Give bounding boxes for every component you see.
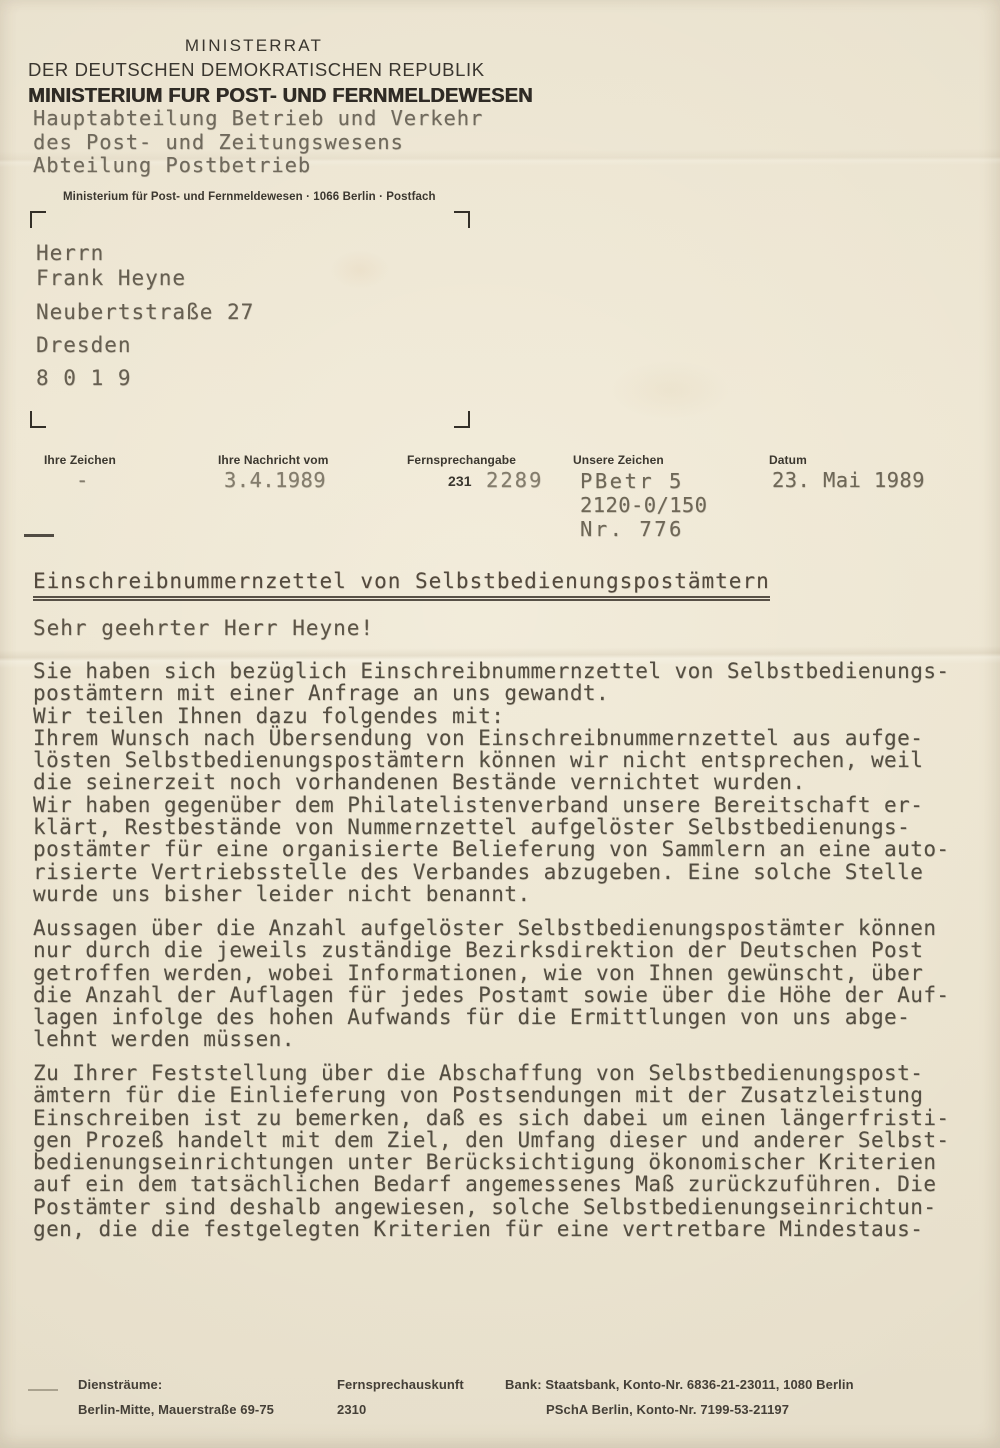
label-ihre-nachricht-vom: Ihre Nachricht vom (218, 453, 329, 467)
letterhead-org-line2: DER DEUTSCHEN DEMOKRATISCHEN REPUBLIK (28, 59, 480, 81)
recipient-postal-code: 8 0 1 9 (36, 366, 132, 390)
value-datum: 23. Mai 1989 (772, 468, 925, 492)
body-paragraph-1: Sie haben sich bezüglich Einschreibnumme… (33, 660, 998, 905)
value-unsere-zeichen-3: Nr. 776 (580, 517, 684, 541)
value-ihre-zeichen: - (76, 468, 89, 492)
value-unsere-zeichen-2: 2120-0/150 (580, 493, 707, 517)
subject-line: Einschreibnummernzettel von Selbstbedien… (33, 569, 770, 601)
salutation: Sehr geehrter Herr Heyne! (33, 616, 374, 640)
paper-stain (330, 250, 390, 290)
recipient-name: Frank Heyne (36, 266, 186, 290)
address-window-corner-top-right (454, 211, 470, 228)
footer-dienstraeume-value: Berlin-Mitte, Mauerstraße 69-75 (78, 1402, 274, 1417)
body-paragraph-2: Aussagen über die Anzahl aufgelöster Sel… (33, 917, 998, 1051)
paper-stain (610, 360, 730, 420)
value-fernsprech-number: 2289 (486, 468, 543, 492)
label-datum: Datum (769, 453, 807, 467)
body-paragraph-3: Zu Ihrer Feststellung über die Abschaffu… (33, 1062, 998, 1240)
value-ihre-nachricht-vom: 3.4.1989 (224, 468, 326, 492)
label-ihre-zeichen: Ihre Zeichen (44, 453, 116, 467)
letterhead-org-block: MINISTERRAT DER DEUTSCHEN DEMOKRATISCHEN… (28, 36, 480, 81)
footer-bank-line2: PSchA Berlin, Konto-Nr. 7199-53-21197 (546, 1402, 789, 1417)
footer-fernsprechauskunft-value: 2310 (337, 1402, 366, 1417)
letterhead-department-lines: Hauptabteilung Betrieb und Verkehr des P… (33, 107, 483, 178)
letterhead-return-address: Ministerium für Post- und Fernmeldewesen… (63, 191, 436, 203)
footer-dienstraeume-label: Diensträume: (78, 1377, 162, 1392)
recipient-salutation-line: Herrn (36, 241, 104, 265)
recipient-city: Dresden (36, 333, 132, 357)
footer-fernsprechauskunft-label: Fernsprechauskunft (337, 1377, 464, 1392)
address-window-corner-bottom-right (454, 411, 470, 428)
footer-fold-mark (28, 1389, 58, 1391)
footer-bank-line1: Bank: Staatsbank, Konto-Nr. 6836-21-2301… (505, 1377, 854, 1392)
letterhead-ministry-name: MINISTERIUM FUR POST- UND FERNMELDEWESEN (28, 85, 480, 108)
fold-mark (24, 534, 54, 537)
letterhead-org-line1: MINISTERRAT (28, 36, 480, 56)
address-window-corner-top-left (30, 211, 46, 228)
label-fernsprechangabe: Fernsprechangabe (407, 453, 516, 467)
scanned-letter-page: MINISTERRAT DER DEUTSCHEN DEMOKRATISCHEN… (0, 0, 1000, 1448)
value-unsere-zeichen-1: PBetr 5 (580, 469, 684, 493)
address-window-corner-bottom-left (30, 411, 46, 428)
value-fernsprech-prefix: 231 (448, 473, 472, 489)
label-unsere-zeichen: Unsere Zeichen (573, 453, 664, 467)
recipient-street: Neubertstraße 27 (36, 300, 254, 324)
